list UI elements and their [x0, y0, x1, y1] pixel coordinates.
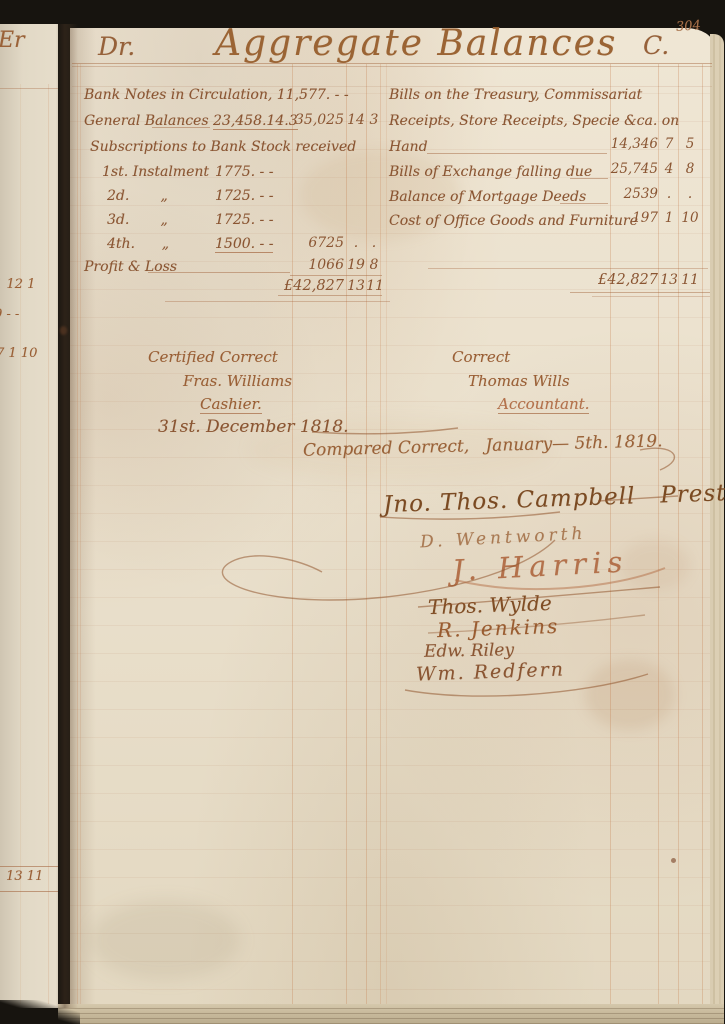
debit-row-desc: 1st. Instalment	[102, 165, 209, 179]
debit-row-inline-amount: 23,458.14.3	[213, 114, 298, 130]
page-title: Aggregate Balances	[215, 26, 617, 62]
total-rule	[165, 301, 390, 302]
debit-row-desc: Subscriptions to Bank Stock received	[90, 140, 356, 154]
debit-pounds: 1066	[292, 258, 344, 272]
binding-gutter-shadow	[56, 24, 78, 1008]
debit-row-desc: 2d. „	[107, 189, 168, 203]
debit-row-desc: 4th. „	[107, 237, 169, 251]
credit-row-desc: Hand	[389, 140, 428, 154]
bottom-page-edges	[58, 1004, 724, 1024]
debit-row-desc: Profit & Loss	[84, 260, 177, 274]
leader-line	[427, 153, 607, 154]
director-signature-jenkins: R. Jenkins	[437, 616, 560, 640]
left-page-edge: Er 1 12 1 9 - - 7 1 10 13 11	[0, 24, 58, 1008]
ledger-photograph: Er 1 12 1 9 - - 7 1 10 13 11 Dr. Aggrega…	[0, 0, 725, 1024]
cashier-title: Cashier.	[200, 397, 262, 414]
director-signature-riley: Edw. Riley	[424, 642, 514, 661]
margin-rule	[0, 866, 58, 867]
credit-row-desc: Cost of Office Goods and Furniture	[389, 214, 638, 228]
right-page-edges	[710, 34, 724, 1006]
debit-pounds: 6725	[292, 236, 344, 250]
credit-pence: 5	[680, 138, 700, 152]
margin-fragment: 7 1 10	[0, 347, 37, 360]
paper-stain	[585, 660, 675, 730]
margin-rule	[0, 88, 58, 89]
director-signature-redfern: Wm. Redfern	[416, 660, 566, 684]
debit-side-label: Dr.	[98, 34, 135, 59]
debit-pounds: 35,025	[292, 113, 344, 127]
paper-stain	[620, 540, 690, 590]
header-rule	[72, 66, 712, 67]
credit-row-desc: Balance of Mortgage Deeds	[389, 190, 586, 204]
credit-side-label: C.	[643, 33, 669, 58]
ledger-column-rule	[610, 64, 611, 1004]
margin-fragment: 1 12 1	[0, 278, 35, 291]
credit-row-desc: Bills of Exchange falling due	[389, 165, 592, 179]
total-rule	[592, 296, 710, 297]
debit-row-desc: Bank Notes in Circulation, 11,577. - -	[84, 88, 349, 102]
paper-stain	[90, 900, 240, 980]
credit-row-desc: Bills on the Treasury, Commissariat	[389, 88, 642, 102]
ledger-column-rule	[702, 64, 703, 1004]
folio-number: 304	[676, 19, 702, 34]
ledger-column-rule	[80, 64, 81, 1004]
debit-total-pence: 11	[366, 279, 384, 293]
credit-total-shillings: 13	[660, 273, 678, 287]
credit-shillings: .	[660, 188, 678, 202]
debit-total-pounds: £42,827	[278, 279, 344, 294]
certified-correct-label: Certified Correct	[148, 350, 278, 365]
debit-shillings: .	[346, 236, 366, 250]
credit-pence: 10	[680, 212, 700, 226]
total-rule	[570, 292, 710, 293]
accountant-title: Accountant.	[498, 397, 589, 414]
debit-pence: 3	[366, 113, 382, 127]
credit-shillings: 7	[660, 138, 678, 152]
debit-row-inline-amount: 1725. - -	[215, 213, 273, 227]
cashier-signature: Fras. Williams	[183, 374, 292, 389]
ledger-column-rule	[346, 64, 347, 1004]
debit-total-shillings: 13	[346, 279, 366, 293]
credit-pence: .	[680, 188, 700, 202]
credit-shillings: 1	[660, 212, 678, 226]
debit-pence: .	[366, 236, 382, 250]
accountant-signature: Thomas Wills	[468, 374, 570, 389]
credit-pounds: 2539	[610, 188, 658, 202]
credit-row-desc: Receipts, Store Receipts, Specie &ca. on	[389, 114, 679, 128]
debit-row-desc: 3d. „	[107, 213, 168, 227]
ledger-column-rule	[380, 64, 381, 1004]
credit-total-pounds: £42,827	[592, 273, 658, 288]
ledger-column-rule	[366, 64, 367, 1004]
debit-row-inline-amount: 1775. - -	[215, 165, 273, 179]
credit-total-pence: 11	[680, 273, 700, 287]
ledger-column-rule	[386, 64, 387, 1004]
credit-pence: 8	[680, 163, 700, 177]
total-rule	[278, 295, 382, 296]
credit-pounds: 14,346	[610, 138, 658, 152]
credit-pounds: 25,745	[610, 163, 658, 177]
debit-row-inline-amount: 1725. - -	[215, 189, 273, 203]
director-signature-wylde: Thos. Wylde	[428, 593, 552, 617]
margin-rule	[0, 891, 58, 892]
debit-row-desc: General Balances	[84, 114, 209, 128]
margin-corner-fragment: Er	[0, 30, 25, 52]
correct-label: Correct	[452, 350, 510, 365]
ink-spot	[671, 858, 676, 863]
debit-shillings: 19	[346, 258, 366, 272]
credit-shillings: 4	[660, 163, 678, 177]
margin-fragment: 13 11	[6, 870, 43, 883]
debit-shillings: 14	[346, 113, 366, 127]
credit-pounds: 197	[610, 212, 658, 226]
ledger-column-rule	[292, 64, 293, 1004]
debit-pence: 8	[366, 258, 382, 272]
subtotal-rule	[290, 275, 382, 276]
margin-fragment: 9 - -	[0, 308, 19, 321]
subtotal-rule	[428, 268, 708, 269]
ledger-column-rule	[658, 64, 659, 1004]
ledger-column-rule	[678, 64, 679, 1004]
certification-date: 31st. December 1818.	[158, 419, 349, 436]
photo-corner-shadow	[0, 1000, 80, 1024]
debit-row-inline-amount: 1500. - -	[215, 237, 273, 253]
